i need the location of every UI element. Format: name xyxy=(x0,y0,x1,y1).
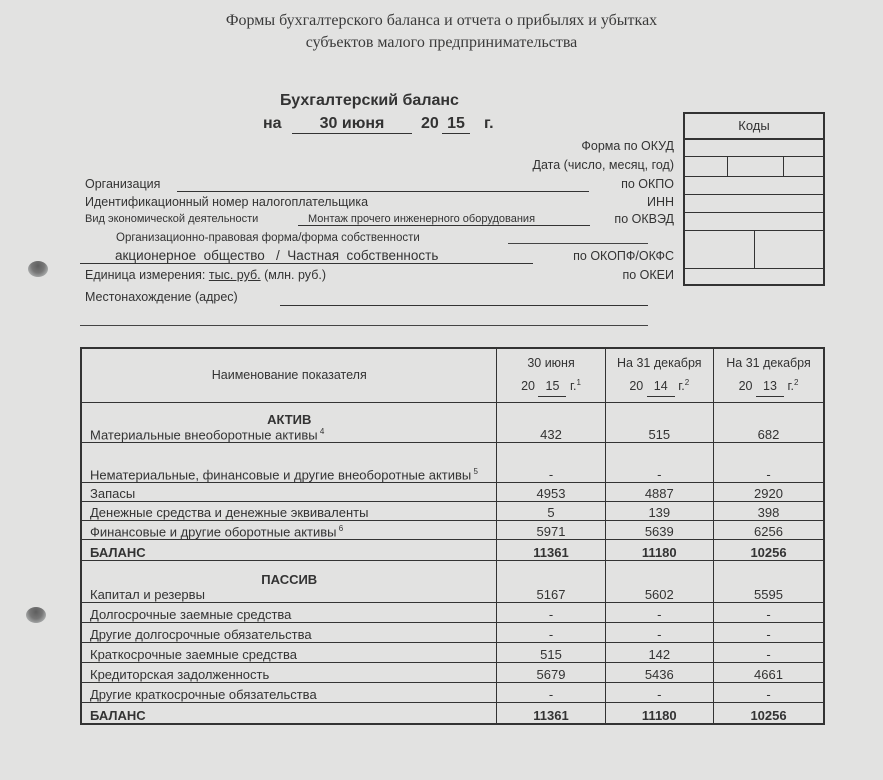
value-cell: - xyxy=(605,603,713,623)
value-cell: - xyxy=(714,623,824,643)
value-cell: - xyxy=(714,643,824,663)
unit-value: тыс. руб. xyxy=(209,268,261,282)
okved-code-field[interactable] xyxy=(685,213,823,231)
value-cell: 4661 xyxy=(714,663,824,683)
table-row: Запасы495348872920 xyxy=(81,483,824,502)
row-label: Другие краткосрочные обязательства xyxy=(81,683,497,703)
table-row: Краткосрочные заемные средства515142- xyxy=(81,643,824,663)
column-header-period: 30 июня 20 15 г.1 xyxy=(497,348,605,403)
column-header-prev-prev-year: На 31 декабря 20 13 г.2 xyxy=(714,348,824,403)
table-row: Денежные средства и денежные эквиваленты… xyxy=(81,502,824,521)
column-header-name: Наименование показателя xyxy=(81,348,497,403)
row-label: Финансовые и другие оборотные активы 6 xyxy=(81,521,497,540)
table-row: Кредиторская задолженность567954364661 xyxy=(81,663,824,683)
okopf-label: по ОКОПФ/ОКФС xyxy=(573,249,674,263)
punch-hole-icon xyxy=(28,261,48,277)
value-cell: 10256 xyxy=(714,703,824,724)
table-row: АКТИВМатериальные внеоборотные активы 44… xyxy=(81,403,824,443)
value-cell: 139 xyxy=(605,502,713,521)
okei-label: по ОКЕИ xyxy=(622,268,674,282)
row-label: Нематериальные, финансовые и другие внео… xyxy=(81,443,497,483)
row-label: Долгосрочные заемные средства xyxy=(81,603,497,623)
value-cell: - xyxy=(714,603,824,623)
legal-form-label: Организационно-правовая форма/форма собс… xyxy=(116,232,420,244)
organization-label: Организация xyxy=(85,177,160,191)
assets-total-row: БАЛАНС113611118010256 xyxy=(81,540,824,561)
year-prefix: 20 xyxy=(421,115,439,133)
row-label: БАЛАНС xyxy=(81,703,497,724)
value-cell: - xyxy=(497,683,605,703)
value-cell: 515 xyxy=(497,643,605,663)
value-cell: 6256 xyxy=(714,521,824,540)
row-label: Запасы xyxy=(81,483,497,502)
row-label: ПАССИВКапитал и резервы xyxy=(81,561,497,603)
unit-label: Единица измерения: тыс. руб. (млн. руб.) xyxy=(85,268,326,282)
date-code-field[interactable] xyxy=(685,157,823,177)
date-code-label: Дата (число, месяц, год) xyxy=(533,158,674,172)
okpo-label: по ОКПО xyxy=(621,177,674,191)
section-heading: ПАССИВ xyxy=(90,572,488,587)
value-cell: - xyxy=(605,683,713,703)
punch-hole-icon xyxy=(26,607,46,623)
value-cell: - xyxy=(605,443,713,483)
row-label: Краткосрочные заемные средства xyxy=(81,643,497,663)
balance-table: Наименование показателя 30 июня 20 15 г.… xyxy=(80,347,825,725)
row-label: Другие долгосрочные обязательства xyxy=(81,623,497,643)
organization-field[interactable] xyxy=(177,177,589,192)
liabilities-total-row: БАЛАНС113611118010256 xyxy=(81,703,824,724)
value-cell: 682 xyxy=(714,403,824,443)
value-cell: 11361 xyxy=(497,540,605,561)
value-cell: - xyxy=(497,443,605,483)
okud-code-field[interactable] xyxy=(685,140,823,157)
report-date-field[interactable]: 30 июня xyxy=(292,115,412,134)
value-cell: 11180 xyxy=(605,540,713,561)
row-label: Кредиторская задолженность xyxy=(81,663,497,683)
table-row: Долгосрочные заемные средства--- xyxy=(81,603,824,623)
value-cell: 5971 xyxy=(497,521,605,540)
year-suffix: г. xyxy=(484,115,494,133)
address-label: Местонахождение (адрес) xyxy=(85,290,238,304)
inn-field-label: Идентификационный номер налогоплательщик… xyxy=(85,195,368,209)
okud-label: Форма по ОКУД xyxy=(581,139,674,153)
okpo-code-field[interactable] xyxy=(685,177,823,195)
codes-header: Коды xyxy=(685,114,823,140)
value-cell: - xyxy=(497,623,605,643)
value-cell: - xyxy=(714,443,824,483)
row-label: БАЛАНС xyxy=(81,540,497,561)
table-row: Другие долгосрочные обязательства--- xyxy=(81,623,824,643)
column-header-prev-year: На 31 декабря 20 14 г.2 xyxy=(605,348,713,403)
document-title: Формы бухгалтерского баланса и отчета о … xyxy=(0,10,883,54)
value-cell: - xyxy=(605,623,713,643)
activity-label: Вид экономической деятельности xyxy=(85,213,258,225)
value-cell: 2920 xyxy=(714,483,824,502)
value-cell: - xyxy=(714,683,824,703)
okopf-okfs-code-field[interactable] xyxy=(685,231,823,269)
value-cell: 5602 xyxy=(605,561,713,603)
value-cell: 142 xyxy=(605,643,713,663)
value-cell: 5167 xyxy=(497,561,605,603)
legal-form-field[interactable]: акционерное общество / Частная собственн… xyxy=(80,248,533,264)
row-label: Денежные средства и денежные эквиваленты xyxy=(81,502,497,521)
value-cell: 11180 xyxy=(605,703,713,724)
inn-code-field[interactable] xyxy=(685,195,823,213)
value-cell: 398 xyxy=(714,502,824,521)
value-cell: 432 xyxy=(497,403,605,443)
value-cell: 515 xyxy=(605,403,713,443)
activity-field[interactable]: Монтаж прочего инженерного оборудования xyxy=(298,213,590,226)
value-cell: 5595 xyxy=(714,561,824,603)
balance-title: Бухгалтерский баланс xyxy=(280,92,459,110)
section-heading: АКТИВ xyxy=(90,412,488,427)
value-cell: 10256 xyxy=(714,540,824,561)
table-header-row: Наименование показателя 30 июня 20 15 г.… xyxy=(81,348,824,403)
table-row: Финансовые и другие оборотные активы 659… xyxy=(81,521,824,540)
report-year-field[interactable]: 15 xyxy=(442,115,470,134)
value-cell: 5679 xyxy=(497,663,605,683)
okei-code-field[interactable] xyxy=(685,269,823,288)
inn-label: ИНН xyxy=(647,195,674,209)
row-label: АКТИВМатериальные внеоборотные активы 4 xyxy=(81,403,497,443)
table-row: Другие краткосрочные обязательства--- xyxy=(81,683,824,703)
address-field[interactable] xyxy=(280,291,648,306)
value-cell: 5 xyxy=(497,502,605,521)
value-cell: 4887 xyxy=(605,483,713,502)
value-cell: 11361 xyxy=(497,703,605,724)
value-cell: 5639 xyxy=(605,521,713,540)
value-cell: 5436 xyxy=(605,663,713,683)
value-cell: 4953 xyxy=(497,483,605,502)
codes-box: Коды xyxy=(683,112,825,286)
date-prefix: на xyxy=(263,115,282,133)
table-row: Нематериальные, финансовые и другие внео… xyxy=(81,443,824,483)
value-cell: - xyxy=(497,603,605,623)
okved-label: по ОКВЭД xyxy=(614,212,674,226)
table-row: ПАССИВКапитал и резервы516756025595 xyxy=(81,561,824,603)
